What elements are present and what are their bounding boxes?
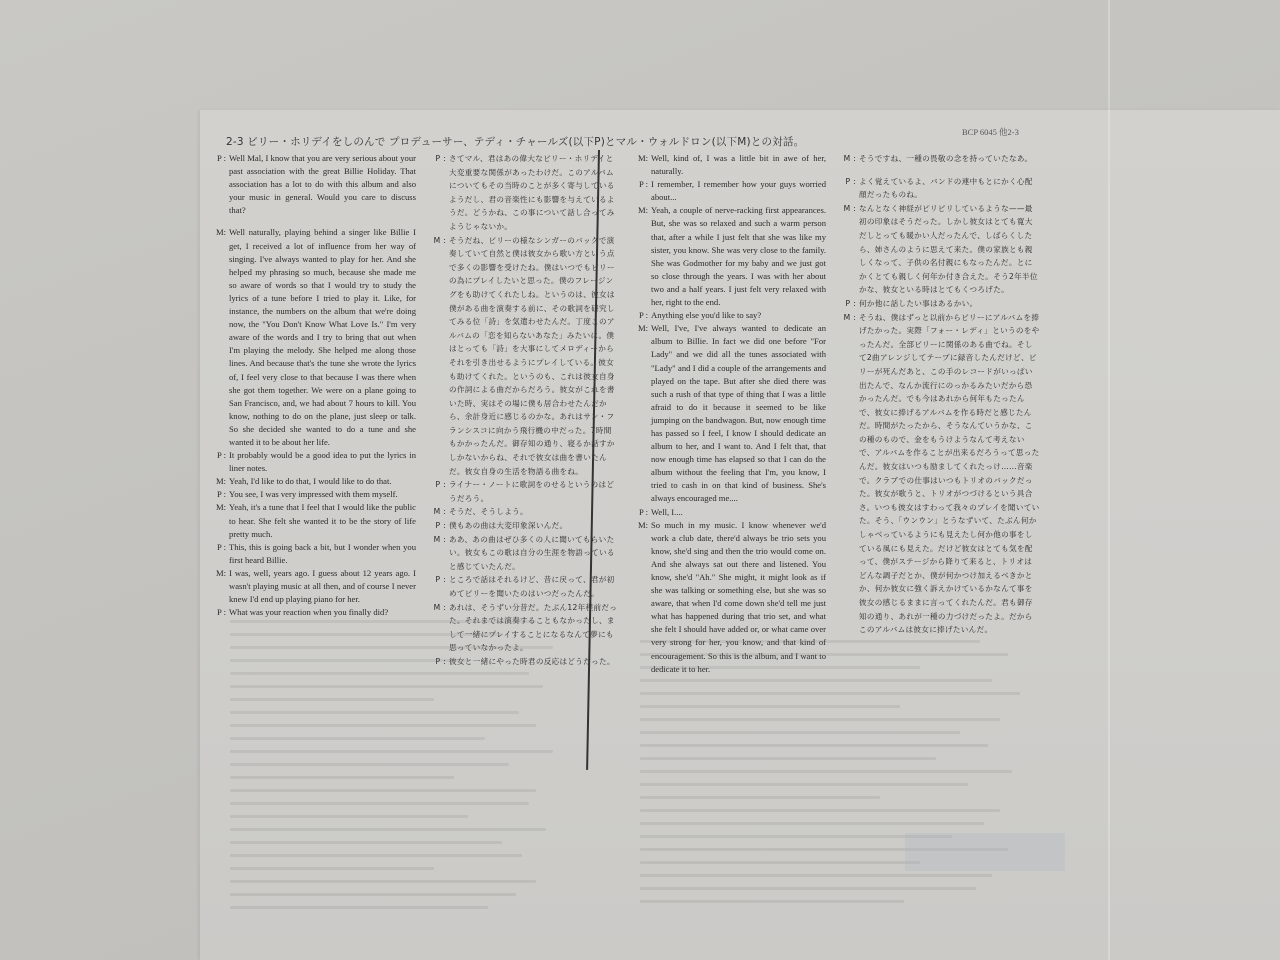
bleed-through-box xyxy=(905,833,1065,871)
interview-text: Well Mal, I know that you are very serio… xyxy=(229,152,416,217)
speaker-label: M: xyxy=(208,475,229,488)
interview-column-english-1: P :Well Mal, I know that you are very se… xyxy=(208,152,416,619)
interview-entry: P :You see, I was very impressed with th… xyxy=(208,488,416,501)
interview-text: I was, well, years ago. I guess about 12… xyxy=(229,567,416,606)
interview-entry: M :そうだ、そうしよう。 xyxy=(428,505,618,519)
speaker-label: P : xyxy=(838,175,859,202)
interview-entry: M:Yeah, I'd like to do that, I would lik… xyxy=(208,475,416,488)
interview-text: What was your reaction when you finally … xyxy=(229,606,416,619)
speaker-label: M: xyxy=(208,501,229,540)
interview-text: Well, I've, I've always wanted to dedica… xyxy=(651,322,826,505)
speaker-label: M: xyxy=(630,204,651,309)
interview-entry: P :何か他に話したい事はあるかい。 xyxy=(838,297,1040,311)
interview-text: Anything else you'd like to say? xyxy=(651,309,826,322)
speaker-label: M: xyxy=(208,567,229,606)
speaker-label: P : xyxy=(208,488,229,501)
interview-entry: P :I remember, I remember how your guys … xyxy=(630,178,826,204)
speaker-label: P : xyxy=(208,541,229,567)
interview-text: ああ、あの曲はぜひ多くの人に聞いてもらいたい。彼女もこの歌は自分の生涯を物語って… xyxy=(449,533,618,574)
speaker-label: P : xyxy=(208,152,229,217)
interview-entry: M :なんとなく神経がピリピリしているような——最初の印象はそうだった。しかし彼… xyxy=(838,202,1040,297)
speaker-label: M: xyxy=(208,226,229,449)
catalog-number: BCP 6045 他2-3 xyxy=(962,126,1019,138)
page-fold xyxy=(1108,0,1110,960)
speaker-label: P : xyxy=(428,519,449,533)
interview-entry: M :そうですね、一種の畏敬の念を持っていたなあ。 xyxy=(838,152,1040,166)
interview-entry: P :僕もあの曲は大変印象深いんだ。 xyxy=(428,519,618,533)
speaker-label: P : xyxy=(428,573,449,600)
speaker-label: P : xyxy=(630,506,651,519)
interview-text: ところで話はそれるけど、昔に戻って、君が初めてビリーを聞いたのはいつだったんだ。 xyxy=(449,573,618,600)
speaker-label: M : xyxy=(838,202,859,297)
interview-entry: P :ライナー・ノートに歌詞をのせるというのはどうだろう。 xyxy=(428,478,618,505)
interview-entry: M:Yeah, it's a tune that I feel that I w… xyxy=(208,501,416,540)
interview-entry: M :そうね、僕はずっと以前からビリーにアルバムを捧げたかった。実際「フォー・レ… xyxy=(838,311,1040,637)
speaker-label: M: xyxy=(630,152,651,178)
interview-text: Yeah, I'd like to do that, I would like … xyxy=(229,475,416,488)
interview-entry: P :Well Mal, I know that you are very se… xyxy=(208,152,416,217)
interview-entry: M :そうだね、ビリーの様なシンガーのバックで演奏していて自然と僕は彼女から歌い… xyxy=(428,234,618,479)
interview-entry: P :さてマル、君はあの偉大なビリー・ホリデイと大変重要な関係があったわけだ。こ… xyxy=(428,152,618,234)
speaker-label: M : xyxy=(428,533,449,574)
interview-text: Yeah, it's a tune that I feel that I wou… xyxy=(229,501,416,540)
interview-entry: M:Well, kind of, I was a little bit in a… xyxy=(630,152,826,178)
interview-text: Well, kind of, I was a little bit in awe… xyxy=(651,152,826,178)
interview-entry: P :This, this is going back a bit, but I… xyxy=(208,541,416,567)
section-title: 2-3 ビリー・ホリデイをしのんで プロデューサー、テディ・チャールズ(以下P)… xyxy=(226,134,804,149)
interview-text: なんとなく神経がピリピリしているような——最初の印象はそうだった。しかし彼女はと… xyxy=(859,202,1040,297)
interview-text: It probably would be a good idea to put … xyxy=(229,449,416,475)
speaker-label: P : xyxy=(428,478,449,505)
interview-text: Yeah, a couple of nerve-racking first ap… xyxy=(651,204,826,309)
speaker-label: P : xyxy=(838,297,859,311)
speaker-label: M: xyxy=(630,322,651,505)
interview-entry: P :Anything else you'd like to say? xyxy=(630,309,826,322)
interview-entry: M:Yeah, a couple of nerve-racking first … xyxy=(630,204,826,309)
speaker-label: P : xyxy=(428,152,449,234)
interview-entry: P :What was your reaction when you final… xyxy=(208,606,416,619)
interview-column-japanese-2: M :そうですね、一種の畏敬の念を持っていたなあ。P :よく覚えているよ、バンド… xyxy=(838,152,1040,637)
speaker-label: P : xyxy=(630,178,651,204)
interview-text: Well, I.... xyxy=(651,506,826,519)
interview-text: I remember, I remember how your guys wor… xyxy=(651,178,826,204)
speaker-label: M : xyxy=(428,234,449,479)
interview-text: 僕もあの曲は大変印象深いんだ。 xyxy=(449,519,618,533)
interview-entry: M:Well naturally, playing behind a singe… xyxy=(208,226,416,449)
interview-text: よく覚えているよ、バンドの連中もとにかく心配顔だったものね。 xyxy=(859,175,1040,202)
speaker-label: M : xyxy=(838,311,859,637)
speaker-label: P : xyxy=(630,309,651,322)
interview-entry: P :よく覚えているよ、バンドの連中もとにかく心配顔だったものね。 xyxy=(838,175,1040,202)
speaker-label: M : xyxy=(838,152,859,166)
interview-text: そうだ、そうしよう。 xyxy=(449,505,618,519)
interview-text: 何か他に話したい事はあるかい。 xyxy=(859,297,1040,311)
interview-entry: M:Well, I've, I've always wanted to dedi… xyxy=(630,322,826,505)
interview-entry: M:I was, well, years ago. I guess about … xyxy=(208,567,416,606)
interview-text: Well naturally, playing behind a singer … xyxy=(229,226,416,449)
bleed-through-text xyxy=(230,620,570,919)
interview-entry: P :Well, I.... xyxy=(630,506,826,519)
interview-text: そうね、僕はずっと以前からビリーにアルバムを捧げたかった。実際「フォー・レディ」… xyxy=(859,311,1040,637)
speaker-label: M : xyxy=(428,505,449,519)
interview-text: This, this is going back a bit, but I wo… xyxy=(229,541,416,567)
interview-entry: P :It probably would be a good idea to p… xyxy=(208,449,416,475)
interview-column-english-2: M:Well, kind of, I was a little bit in a… xyxy=(630,152,826,676)
interview-text: You see, I was very impressed with them … xyxy=(229,488,416,501)
interview-text: さてマル、君はあの偉大なビリー・ホリデイと大変重要な関係があったわけだ。このアル… xyxy=(449,152,618,234)
interview-text: そうですね、一種の畏敬の念を持っていたなあ。 xyxy=(859,152,1040,166)
speaker-label: P : xyxy=(208,449,229,475)
bleed-through-text xyxy=(640,640,1040,913)
speaker-label: P : xyxy=(208,606,229,619)
